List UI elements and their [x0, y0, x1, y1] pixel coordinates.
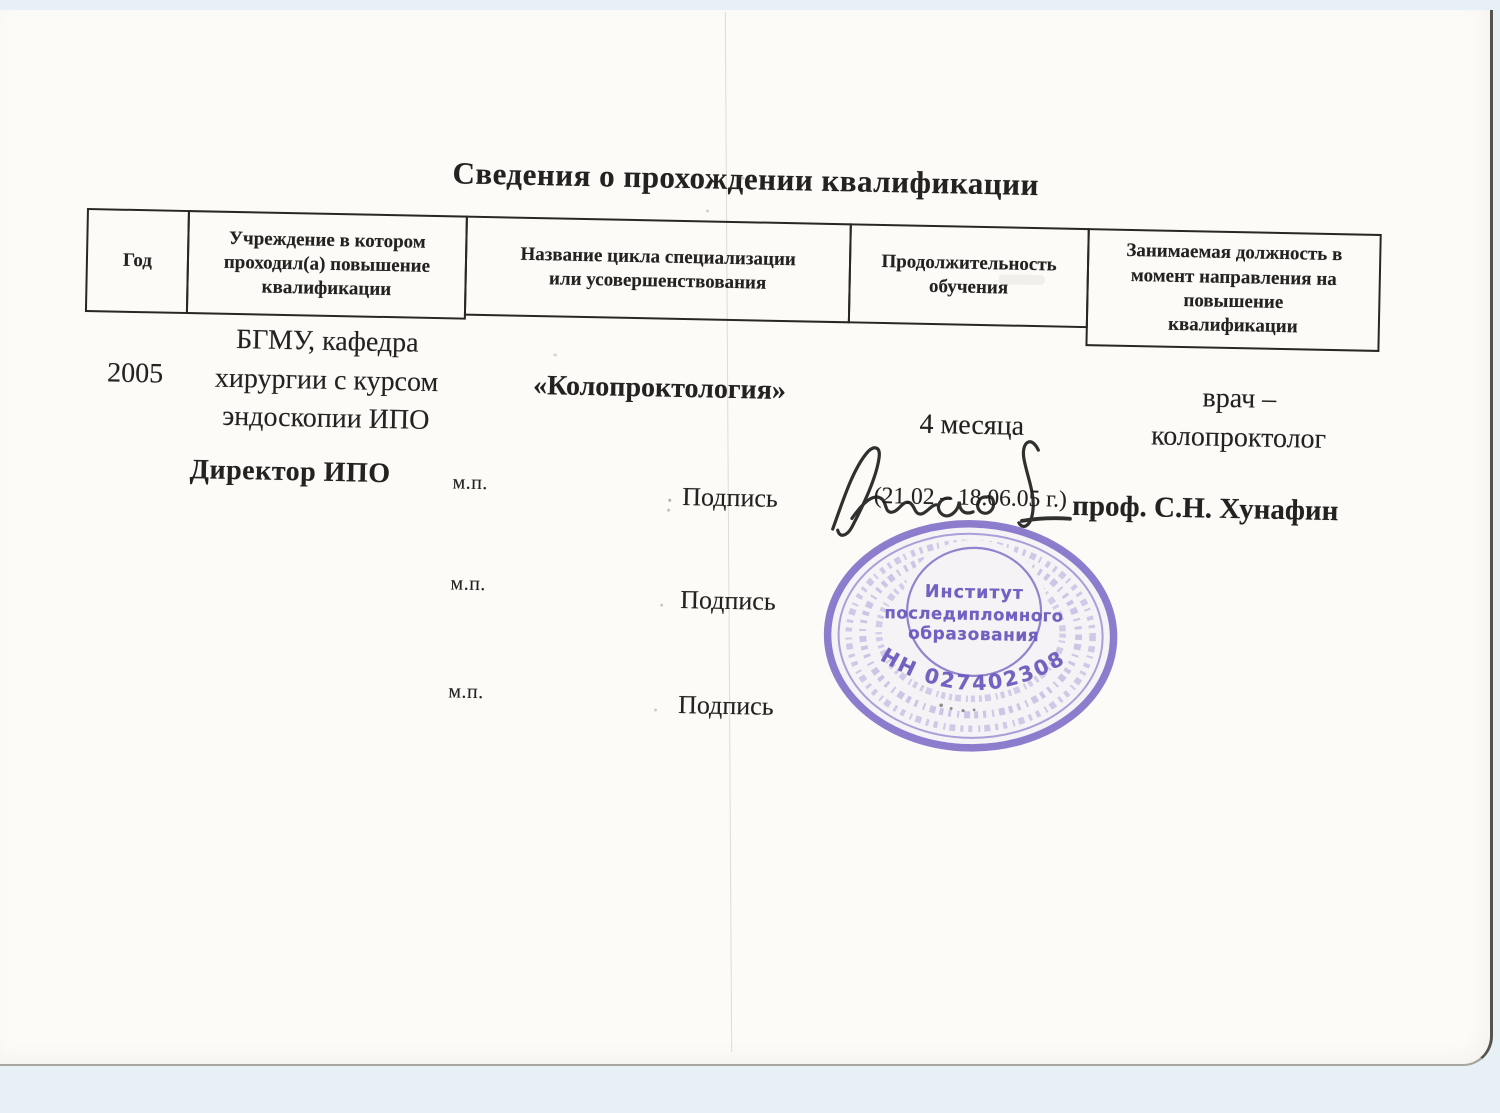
- scan-noise-speck: [553, 353, 557, 356]
- stamp-illegible-text-rings: [847, 540, 1095, 731]
- scan-noise-speck: [706, 209, 709, 212]
- stamp-center-text-line2: последипломного: [884, 603, 1064, 626]
- scan-noise-speck: [668, 499, 671, 502]
- stamp-place-label-1: м.п.: [452, 471, 488, 495]
- cell-year: 2005: [83, 312, 188, 395]
- stamp-place-label-3: м.п.: [448, 680, 484, 704]
- stamp-inner-circle: [906, 547, 1043, 678]
- scan-noise-speck: [654, 708, 657, 711]
- signature-label-2: Подпись: [680, 585, 776, 617]
- stamp-center-text-line3: образования: [908, 624, 1039, 647]
- duration-months: 4 месяца: [851, 404, 1092, 447]
- header-cell-cycle-name: Название цикла специализации или усоверш…: [464, 216, 852, 324]
- signature-label-1: Подпись: [682, 482, 778, 514]
- page-title: Сведения о прохождении квалификации: [295, 152, 1196, 206]
- cell-cycle-name: «Колопроктология»: [466, 320, 854, 412]
- cell-institution: БГМУ, кафедра хирургии с курсом эндоскоп…: [185, 314, 467, 441]
- scan-noise-speck: [667, 509, 670, 512]
- ink-smudge: [939, 703, 975, 712]
- duration-dates: (21.02 – 18.06.05 г.): [850, 481, 1091, 514]
- scan-noise-speck: [660, 604, 663, 607]
- cell-duration: 4 месяца (21.02 – 18.06.05 г.): [849, 327, 1093, 552]
- signature-label-3: Подпись: [678, 690, 774, 722]
- stamp-second-ring: [837, 531, 1105, 740]
- document-content: Сведения о прохождении квалификации Год …: [0, 0, 1500, 1085]
- stamp-center-text-line1: Институт: [925, 582, 1025, 604]
- header-cell-duration: Продолжительность обучения: [848, 223, 1090, 328]
- stamp-outer-ring: [825, 521, 1115, 751]
- stamp-place-label-2: м.п.: [450, 572, 486, 596]
- director-label: Директор ИПО: [189, 454, 390, 490]
- signer-name: проф. С.Н. Хунафин: [1072, 490, 1339, 528]
- cell-position: врач – колопроктолог: [1091, 332, 1387, 460]
- scan-noise-speck: [999, 274, 1045, 285]
- header-cell-year: Год: [85, 208, 190, 314]
- header-cell-institution: Учреждение в котором проходил(а) повышен…: [186, 210, 468, 320]
